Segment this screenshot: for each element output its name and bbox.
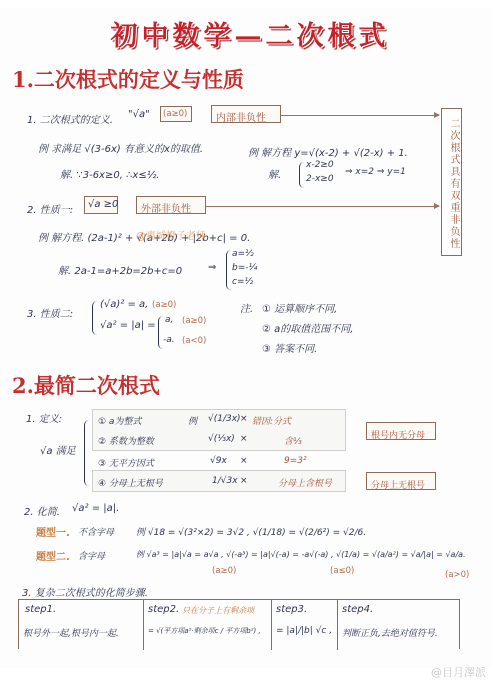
step3-body: = |a|/|b| √c , <box>276 626 332 636</box>
mark-row-1: × <box>240 414 248 424</box>
example2-line1: x-2≥0 <box>306 160 334 170</box>
step2-note: 只在分子上有剩余项 <box>182 605 254 616</box>
mark-row-3: × <box>240 456 248 466</box>
tag-no-denominator-text: 根号内无分母 <box>367 430 429 442</box>
example2-result: ⇒ x=2 ⇒ y=1 <box>345 167 406 177</box>
mark-row-4: × <box>240 476 248 486</box>
step3-title: step3. <box>276 604 307 615</box>
step4-title: step4. <box>342 604 373 615</box>
property2-label: 3. 性质二: <box>27 305 73 320</box>
step2-cell: step2. 只在分子上有剩余项 = √(平方项a²·剩余项c / 平方项b²)… <box>144 600 272 650</box>
step1-title: step1. <box>25 604 56 615</box>
cond-row-3: ③ 无平方因式 <box>98 456 154 469</box>
example1-solution: 解. ∵3-6x≥0, ∴x≤½. <box>60 166 160 181</box>
steps-table: step1. 根号外一起,根号内一起. step2. 只在分子上有剩余项 = √… <box>18 599 460 649</box>
result-a: a=½ <box>232 249 254 259</box>
note-2: ② a的取值范围不同, <box>262 320 353 335</box>
type1-example: 例 √18 = √(3²×2) = 3√2 , √(1/18) = √(2/6²… <box>136 525 366 538</box>
simplify-label: 2. 化简. <box>24 503 60 518</box>
type2-cond-2: (a≤0) <box>330 566 354 576</box>
page-title: 初中数学—二次根式 <box>0 14 500 53</box>
example-label: 例 <box>188 414 197 427</box>
step3-cell: step3. = |a|/|b| √c , <box>272 600 338 650</box>
steps-label: 3. 复杂二次根式的化简步骤. <box>22 584 148 599</box>
type1-desc: 不含字母 <box>78 525 114 538</box>
note-1: ① 运算顺序不同, <box>262 300 337 315</box>
implies-arrow: ⇒ <box>208 262 216 273</box>
tag-outer-nonneg: 外部非负性 <box>136 196 206 214</box>
example2-line2: 2-x≥0 <box>306 174 334 184</box>
case2-cond: (a<0) <box>182 336 206 346</box>
step4-body: 判断正负,去绝对值符号. <box>342 626 438 639</box>
source-watermark: @目月澤派 <box>431 664 486 680</box>
reason-row-1: 错因:分式 <box>252 414 291 427</box>
result-b: b=-¼ <box>232 263 257 273</box>
definition-formula: "√a" <box>128 109 150 120</box>
brace <box>226 250 231 290</box>
type2-desc: 含字母 <box>78 549 105 562</box>
example1-question: 例 求满足 √(3-6x) 有意义的x的取值. <box>38 140 203 155</box>
property2-line1: (√a)² = a, <box>100 299 148 310</box>
condition-box: (a≥0) <box>160 106 192 122</box>
property1-formula-box: √a ≥0 <box>84 196 118 214</box>
type2-cond-1: (a≥0) <box>212 566 236 576</box>
case2-expr: -a. <box>163 335 175 345</box>
step2-body: = √(平方项a²·剩余项c / 平方项b²) , <box>148 626 261 636</box>
cond-row-2: ② 系数为整数 <box>98 434 154 447</box>
example-row-1: √(1/3x) <box>208 414 241 424</box>
note-label: 注. <box>240 300 253 315</box>
condition-text: (a≥0) <box>163 109 187 119</box>
definition2-subject: √a 满足 <box>40 442 76 457</box>
tag-no-root-denominator: 分母上无根号 <box>366 472 436 490</box>
step1-cell: step1. 根号外一起,根号内一起. <box>19 600 144 650</box>
result-c: c=½ <box>232 277 253 287</box>
author-watermark: @惠城橙子老师 <box>136 227 206 242</box>
section1-heading: 1.二次根式的定义与性质 <box>12 64 244 94</box>
property1-solution: 解. 2a-1=a+2b=2b+c=0 <box>58 262 182 277</box>
tag-no-denominator: 根号内无分母 <box>366 422 436 440</box>
example-row-4: 1/√3x <box>212 476 238 486</box>
step4-cell: step4. 判断正负,去绝对值符号. <box>338 600 459 650</box>
property1-label: 2. 性质一: <box>27 201 73 216</box>
reason-row-2: 含⅓ <box>284 434 302 447</box>
property1-formula: √a ≥0 <box>88 199 118 210</box>
step1-body: 根号外一起,根号内一起. <box>23 626 119 639</box>
example2-solution-label: 解. <box>268 166 281 181</box>
step2-title: step2. <box>148 604 179 615</box>
cond-row-4: ④ 分母上无根号 <box>98 476 163 489</box>
double-nonneg-box: 二次根式具有双重非负性 <box>441 108 462 256</box>
cond-row-1: ① a为整式 <box>98 414 141 427</box>
property2-line1-cond: (a≥0) <box>152 300 176 310</box>
simplify-formula: √a² = |a|. <box>72 503 119 514</box>
property2-line2: √a² = |a| = <box>100 320 156 331</box>
note-3: ③ 答案不同. <box>262 340 317 355</box>
type1-label: 题型一. <box>36 524 70 539</box>
brace <box>299 162 305 188</box>
type2-label: 题型二. <box>36 548 70 563</box>
case1-expr: a, <box>165 315 173 325</box>
section2-heading: 2.最简二次根式 <box>12 370 160 400</box>
case1-cond: (a≥0) <box>182 316 206 326</box>
arrow-icon <box>281 115 439 116</box>
mark-row-2: × <box>240 434 248 444</box>
definition-label: 1. 二次根式的定义. <box>27 111 113 126</box>
brace <box>84 420 91 486</box>
tag-no-root-denominator-text: 分母上无根号 <box>367 480 429 492</box>
example-row-3: √9x <box>210 456 227 466</box>
tag-outer-nonneg-text: 外部非负性 <box>137 203 195 216</box>
arrow-icon <box>206 206 439 207</box>
brace <box>92 301 97 335</box>
tag-inner-nonneg-text: 内部非负性 <box>212 112 270 125</box>
reason-row-3: 9=3² <box>284 456 307 466</box>
tag-inner-nonneg: 内部非负性 <box>211 105 281 123</box>
example2-question: 例 解方程 y=√(x-2) + √(2-x) + 1. <box>248 144 408 159</box>
type2-example: 例 √a³ = |a|√a = a√a , √(-a³) = |a|√(-a) … <box>136 549 466 560</box>
definition2-label: 1. 定义: <box>26 410 62 425</box>
type2-cond-3: (a>0) <box>445 570 469 580</box>
reason-row-4: 分母上含根号 <box>278 476 332 489</box>
example-row-2: √(⅓x) <box>208 434 235 444</box>
